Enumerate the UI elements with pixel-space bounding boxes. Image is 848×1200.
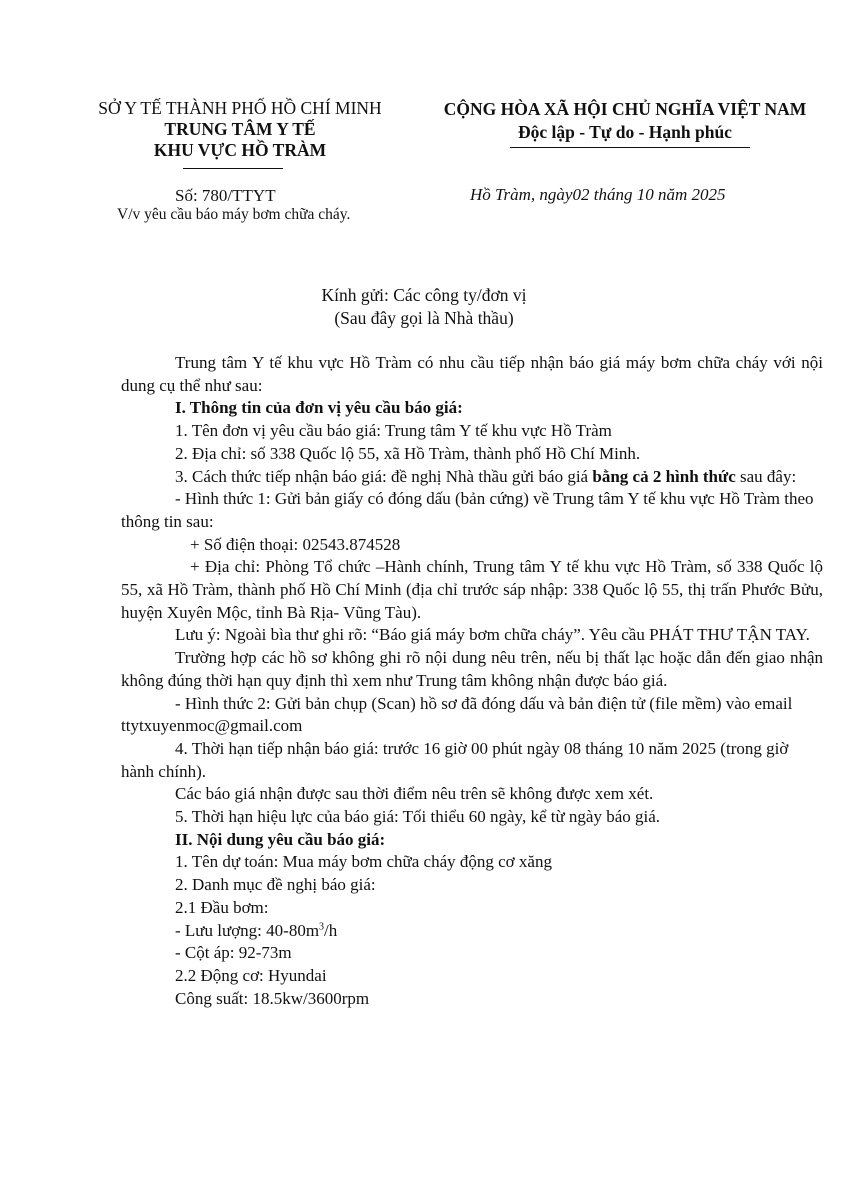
flow-rate-text: - Lưu lượng: 40-80m	[175, 921, 319, 940]
intro-paragraph: Trung tâm Y tế khu vực Hồ Tràm có nhu cầ…	[121, 352, 823, 397]
header-right-divider	[510, 147, 750, 148]
flow-rate-spec: - Lưu lượng: 40-80m3/h	[121, 920, 823, 943]
national-motto: Độc lập - Tự do - Hạnh phúc	[420, 121, 830, 144]
item-3-emphasis: bằng cả 2 hình thức	[592, 467, 735, 486]
late-submission-note: Các báo giá nhận được sau thời điểm nêu …	[121, 783, 823, 806]
unit-name-line2: KHU VỰC HỒ TRÀM	[60, 140, 420, 161]
recipient-line: Kính gửi: Các công ty/đơn vị	[0, 284, 848, 307]
ministry-name: SỞ Y TẾ THÀNH PHỐ HỒ CHÍ MINH	[60, 98, 420, 119]
engine-power-spec: Công suất: 18.5kw/3600rpm	[121, 988, 823, 1011]
nation-title: CỘNG HÒA XÃ HỘI CHỦ NGHĨA VIỆT NAM	[420, 98, 830, 121]
pump-head-heading: 2.1 Đầu bơm:	[121, 897, 823, 920]
unit-name-line1: TRUNG TÂM Y TẾ	[60, 119, 420, 140]
flow-rate-unit: /h	[324, 921, 337, 940]
section-1-item-3: 3. Cách thức tiếp nhận báo giá: đề nghị …	[121, 466, 823, 489]
national-heading-block: CỘNG HÒA XÃ HỘI CHỦ NGHĨA VIỆT NAM Độc l…	[420, 98, 830, 144]
section-2-item-2: 2. Danh mục đề nghị báo giá:	[121, 874, 823, 897]
submission-form-2: - Hình thức 2: Gửi bản chụp (Scan) hồ sơ…	[121, 693, 823, 738]
section-1-item-4: 4. Thời hạn tiếp nhận báo giá: trước 16 …	[121, 738, 823, 783]
section-1-item-2: 2. Địa chỉ: số 338 Quốc lộ 55, xã Hồ Trà…	[121, 443, 823, 466]
recipient-block: Kính gửi: Các công ty/đơn vị (Sau đây gọ…	[0, 284, 848, 330]
item-3-suffix: sau đây:	[736, 467, 796, 486]
lost-document-note: Trường hợp các hồ sơ không ghi rõ nội du…	[121, 647, 823, 692]
section-1-item-5: 5. Thời hạn hiệu lực của báo giá: Tối th…	[121, 806, 823, 829]
section-1-item-1: 1. Tên đơn vị yêu cầu báo giá: Trung tâm…	[121, 420, 823, 443]
place-and-date: Hồ Tràm, ngày02 tháng 10 năm 2025	[470, 185, 725, 205]
engine-heading: 2.2 Động cơ: Hyundai	[121, 965, 823, 988]
section-1-heading: I. Thông tin của đơn vị yêu cầu báo giá:	[121, 397, 823, 420]
issuing-agency-block: SỞ Y TẾ THÀNH PHỐ HỒ CHÍ MINH TRUNG TÂM …	[60, 98, 420, 161]
section-2-item-1: 1. Tên dự toán: Mua máy bơm chữa cháy độ…	[121, 851, 823, 874]
pressure-head-spec: - Cột áp: 92-73m	[121, 942, 823, 965]
document-number: Số: 780/TTYT	[175, 186, 276, 206]
contact-address: + Địa chỉ: Phòng Tổ chức –Hành chính, Tr…	[121, 556, 823, 624]
item-3-text: 3. Cách thức tiếp nhận báo giá: đề nghị …	[175, 467, 592, 486]
contact-phone: + Số điện thoại: 02543.874528	[121, 534, 823, 557]
document-subject: V/v yêu cầu báo máy bơm chữa cháy.	[117, 206, 350, 224]
document-body: Trung tâm Y tế khu vực Hồ Tràm có nhu cầ…	[121, 352, 823, 1010]
envelope-note: Lưu ý: Ngoài bìa thư ghi rõ: “Báo giá má…	[121, 624, 823, 647]
header-left-divider	[183, 168, 283, 169]
recipient-note: (Sau đây gọi là Nhà thầu)	[0, 307, 848, 330]
section-2-heading: II. Nội dung yêu cầu báo giá:	[121, 829, 823, 852]
submission-form-1: - Hình thức 1: Gửi bản giấy có đóng dấu …	[121, 488, 823, 533]
